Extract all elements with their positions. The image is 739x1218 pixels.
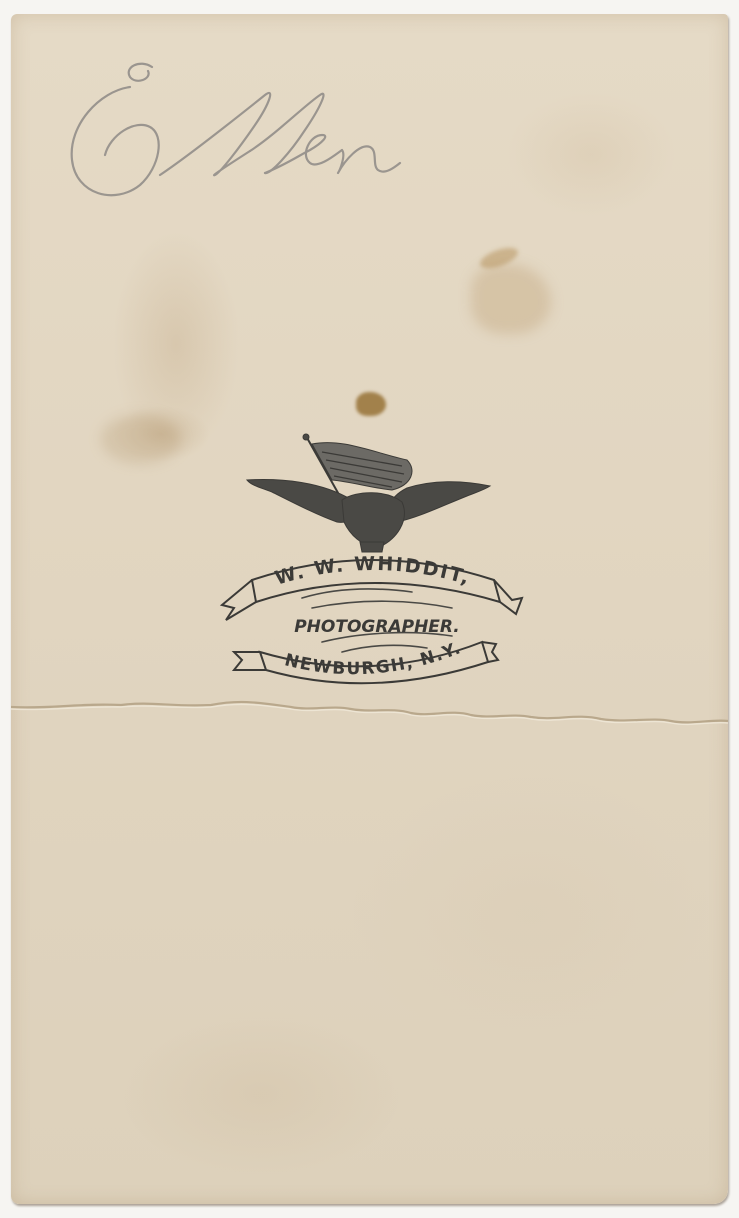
photographer-stamp: W. W. WHIDDIT, PHOTOGRAPHER. NEWBURGH, N… bbox=[212, 430, 532, 700]
stain bbox=[471, 264, 551, 334]
stamp-name-line: W. W. WHIDDIT, bbox=[273, 553, 474, 590]
stamp-location-line: NEWBURGH, N.Y. bbox=[283, 638, 465, 679]
handwriting-icon bbox=[60, 55, 420, 215]
stamp-title-line: PHOTOGRAPHER. bbox=[294, 617, 460, 637]
stain bbox=[101, 414, 181, 464]
handwritten-name: Ellen bbox=[60, 55, 420, 215]
stain bbox=[356, 392, 386, 416]
stamp-graphic: W. W. WHIDDIT, PHOTOGRAPHER. NEWBURGH, N… bbox=[212, 430, 532, 700]
eagle-flag-icon bbox=[247, 434, 490, 552]
fold-crease bbox=[11, 695, 728, 735]
crease-icon bbox=[11, 695, 728, 735]
